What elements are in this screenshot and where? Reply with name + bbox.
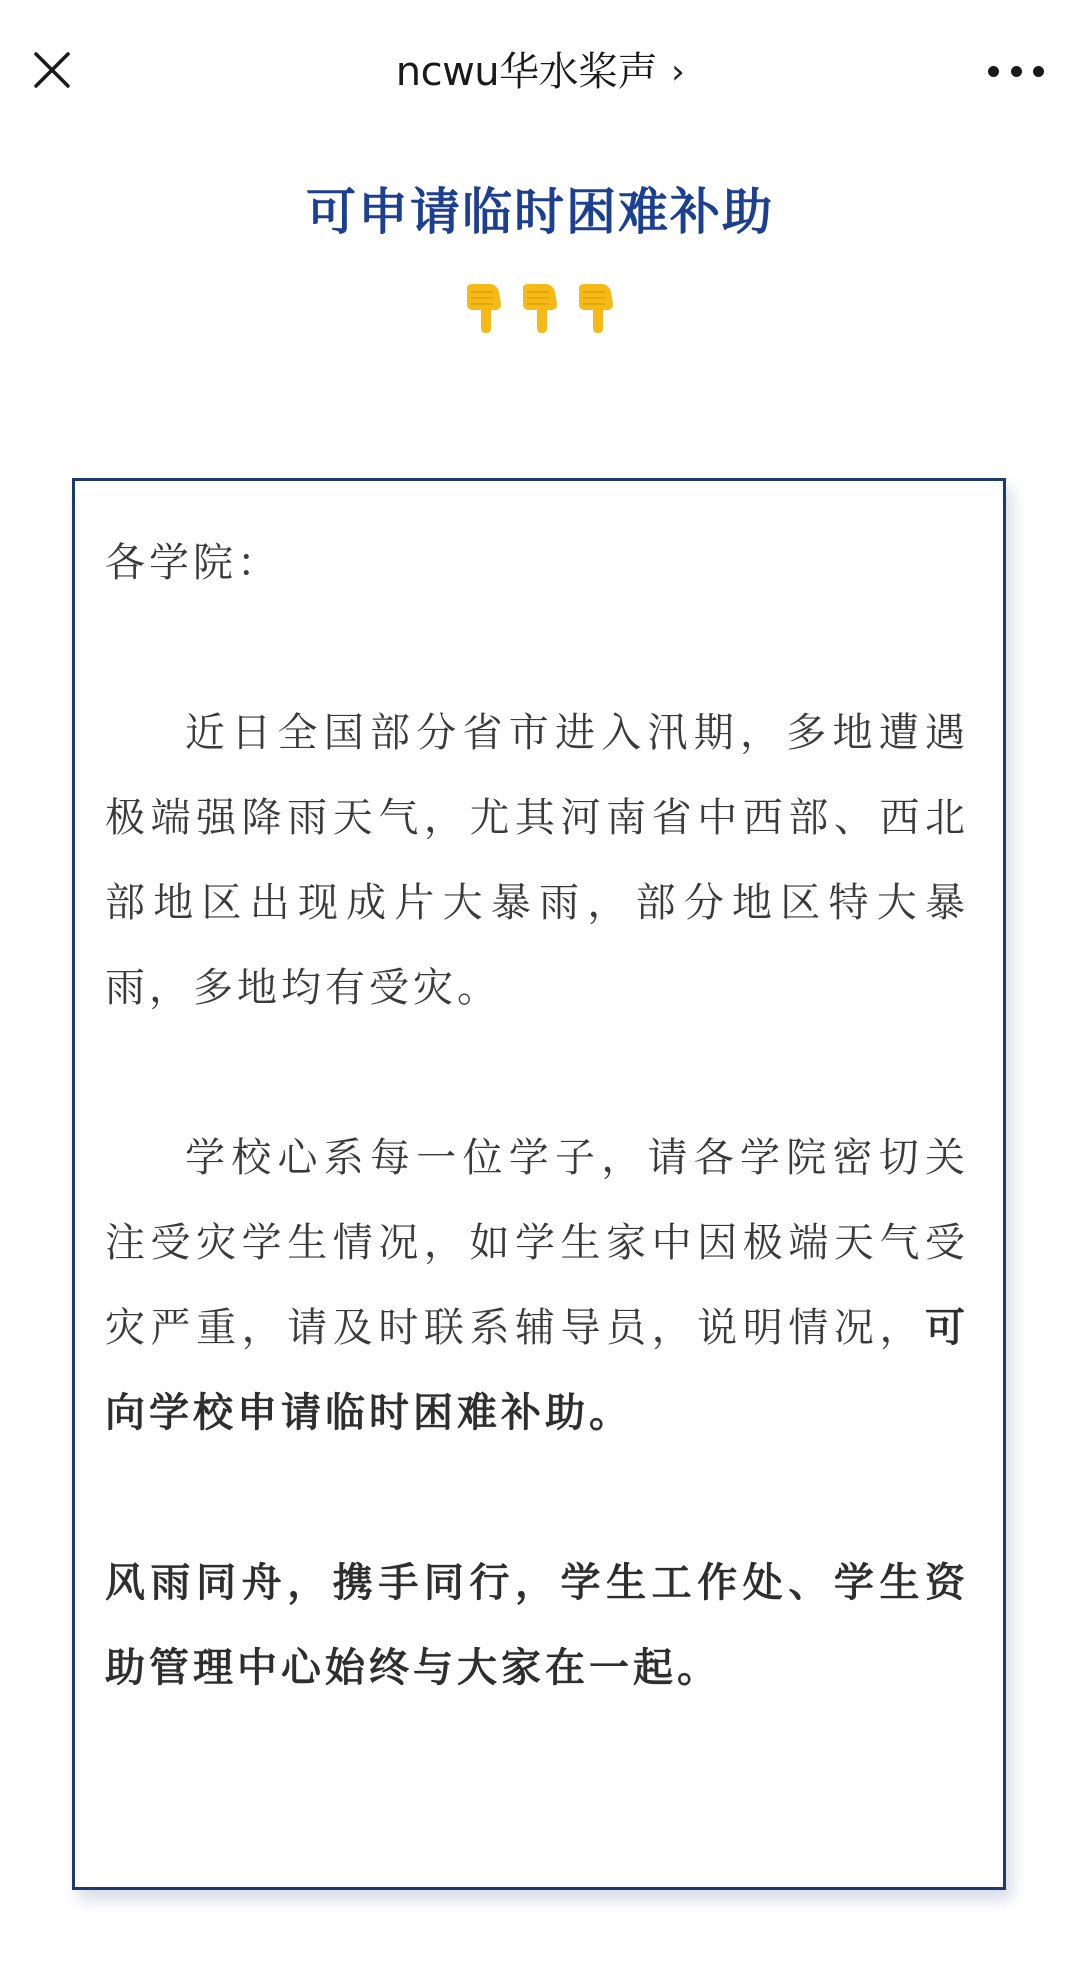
- closing-statement: 风雨同舟，携手同行，学生工作处、学生资助管理中心始终与大家在一起。: [105, 1541, 969, 1711]
- more-dot-icon: [1033, 66, 1044, 77]
- paragraph-subsidy-notice: 学校心系每一位学子，请各学院密切关注受灾学生情况，如学生家中因极端天气受灾严重，…: [105, 1116, 969, 1456]
- account-title-link[interactable]: ncwu华水桨声›: [0, 48, 1080, 96]
- paragraph-subsidy-text: 学校心系每一位学子，请各学院密切关注受灾学生情况，如学生家中因极端天气受灾严重，…: [105, 1135, 969, 1351]
- notice-content: 各学院： 近日全国部分省市进入汛期，多地遭遇极端强降雨天气，尤其河南省中西部、西…: [105, 521, 969, 1711]
- account-name: ncwu华水桨声: [396, 49, 657, 95]
- pointing-down-hand-icon: [463, 282, 505, 334]
- paragraph-flood-situation: 近日全国部分省市进入汛期，多地遭遇极端强降雨天气，尤其河南省中西部、西北部地区出…: [105, 691, 969, 1031]
- pointing-down-hand-icon: [575, 282, 617, 334]
- chevron-right-icon: ›: [671, 48, 684, 96]
- salutation: 各学院：: [105, 521, 969, 606]
- more-dot-icon: [1011, 66, 1022, 77]
- pointing-down-emoji-row: [0, 282, 1080, 334]
- pointing-down-hand-icon: [519, 282, 561, 334]
- notice-box: 各学院： 近日全国部分省市进入汛期，多地遭遇极端强降雨天气，尤其河南省中西部、西…: [72, 478, 1006, 1890]
- more-options-button[interactable]: [988, 64, 1044, 78]
- article-headline: 可申请临时困难补助: [0, 180, 1080, 244]
- top-navigation-bar: ncwu华水桨声›: [0, 0, 1080, 140]
- more-dot-icon: [988, 66, 999, 77]
